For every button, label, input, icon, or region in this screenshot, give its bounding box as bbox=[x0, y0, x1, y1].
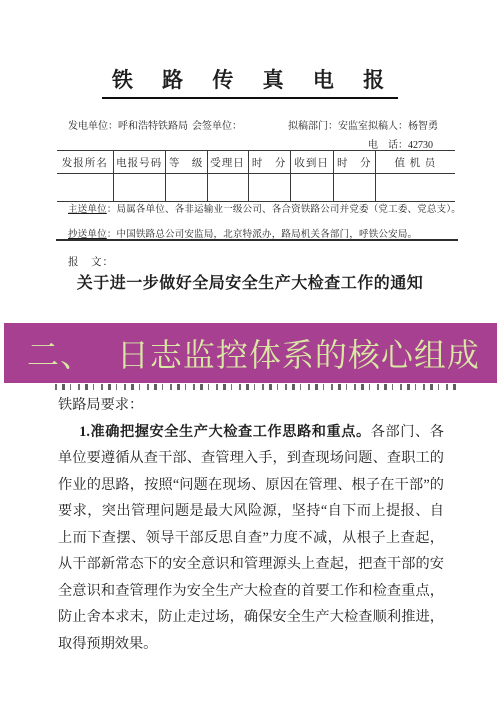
empty-cell bbox=[333, 174, 375, 202]
col-header-operator: 值 机 员 bbox=[375, 151, 455, 174]
paragraph-1-rest: 各部门、各单位要遵循从查干部、查管理入手，到查现场问题、查职工的作业的思路，按照… bbox=[58, 424, 444, 652]
cosign-unit-field: 会签单位： bbox=[192, 117, 242, 132]
empty-cell bbox=[248, 174, 290, 202]
col-header-accept-date: 受理日 bbox=[207, 151, 248, 174]
paragraph-1: 1.准确把握安全生产大检查工作思路和重点。各部门、各单位要遵循从查干部、查管理入… bbox=[58, 419, 444, 658]
main-recipients-line: 主送单位：局属各单位、各非运输业一级公司、各合资铁路公司并党委（党工委、党总支）… bbox=[68, 201, 461, 215]
section-banner: 二、 日志监控体系的核心组成 bbox=[4, 323, 497, 383]
section-divider-rule bbox=[56, 239, 458, 241]
telegram-routing-table: 发报所名 电报号码 等 级 受理日 时 分 收到日 时 分 值 机 员 bbox=[57, 150, 455, 202]
masthead: 铁 路 传 真 电 报 bbox=[0, 64, 500, 99]
paragraph-1-lead: 1.准确把握安全生产大检查工作思路和重点。 bbox=[79, 424, 370, 440]
col-header-accept-time: 时 分 bbox=[248, 151, 290, 174]
sending-unit-value: 呼和浩特铁路局 bbox=[118, 121, 188, 132]
col-header-receive-time: 时 分 bbox=[333, 151, 375, 174]
table-empty-row bbox=[57, 174, 455, 202]
drafting-dept-value: 安监室 bbox=[338, 121, 368, 132]
empty-cell bbox=[290, 174, 333, 202]
col-header-grade: 等 级 bbox=[165, 151, 207, 174]
sending-unit-label: 发电单位： bbox=[68, 121, 118, 132]
main-recipients-colon: ： bbox=[107, 205, 117, 215]
drafter-field: 拟稿人：杨智勇 bbox=[368, 117, 438, 132]
col-header-receive-date: 收到日 bbox=[290, 151, 333, 174]
main-recipients-label: 主送单位 bbox=[68, 205, 107, 215]
section-banner-text: 二、 日志监控体系的核心组成 bbox=[27, 330, 480, 376]
table-header-row: 发报所名 电报号码 等 级 受理日 时 分 收到日 时 分 值 机 员 bbox=[57, 151, 455, 174]
empty-cell bbox=[375, 174, 455, 202]
sending-unit-field: 发电单位：呼和浩特铁路局 bbox=[68, 117, 188, 132]
drafting-dept-field: 拟稿部门：安监室 bbox=[288, 117, 368, 132]
empty-cell bbox=[165, 174, 207, 202]
empty-cell bbox=[113, 174, 165, 202]
empty-cell bbox=[57, 174, 113, 202]
message-subject: 关于进一步做好全局安全生产大检查工作的通知 bbox=[0, 270, 500, 293]
drafter-value: 杨智勇 bbox=[408, 121, 438, 132]
drafter-label: 拟稿人： bbox=[368, 121, 408, 132]
requirement-line: 铁路局要求： bbox=[58, 392, 444, 419]
body-text: 铁路局要求： 1.准确把握安全生产大检查工作思路和重点。各部门、各单位要遵循从查… bbox=[58, 392, 444, 657]
col-header-telegram-no: 电报号码 bbox=[113, 151, 165, 174]
phone-field: 电 话：42730 bbox=[368, 136, 433, 151]
page-title: 铁 路 传 真 电 报 bbox=[102, 64, 398, 99]
drafting-dept-label: 拟稿部门： bbox=[288, 121, 338, 132]
main-recipients-value: 局属各单位、各非运输业一级公司、各合资铁路公司并党委（党工委、党总支）。 bbox=[117, 205, 461, 215]
message-label: 报 文： bbox=[68, 254, 114, 269]
fax-telegram-page: 铁 路 传 真 电 报 发电单位：呼和浩特铁路局 会签单位： 拟稿部门：安监室 … bbox=[0, 0, 500, 708]
empty-cell bbox=[207, 174, 248, 202]
occluded-text-remnant bbox=[55, 384, 457, 390]
cosign-unit-label: 会签单位： bbox=[192, 121, 242, 132]
copy-recipients-line: 抄送单位：中国铁路总公司安监局，北京特派办，路局机关各部门，呼铁公安局。 bbox=[68, 226, 417, 240]
col-header-station: 发报所名 bbox=[57, 151, 113, 174]
